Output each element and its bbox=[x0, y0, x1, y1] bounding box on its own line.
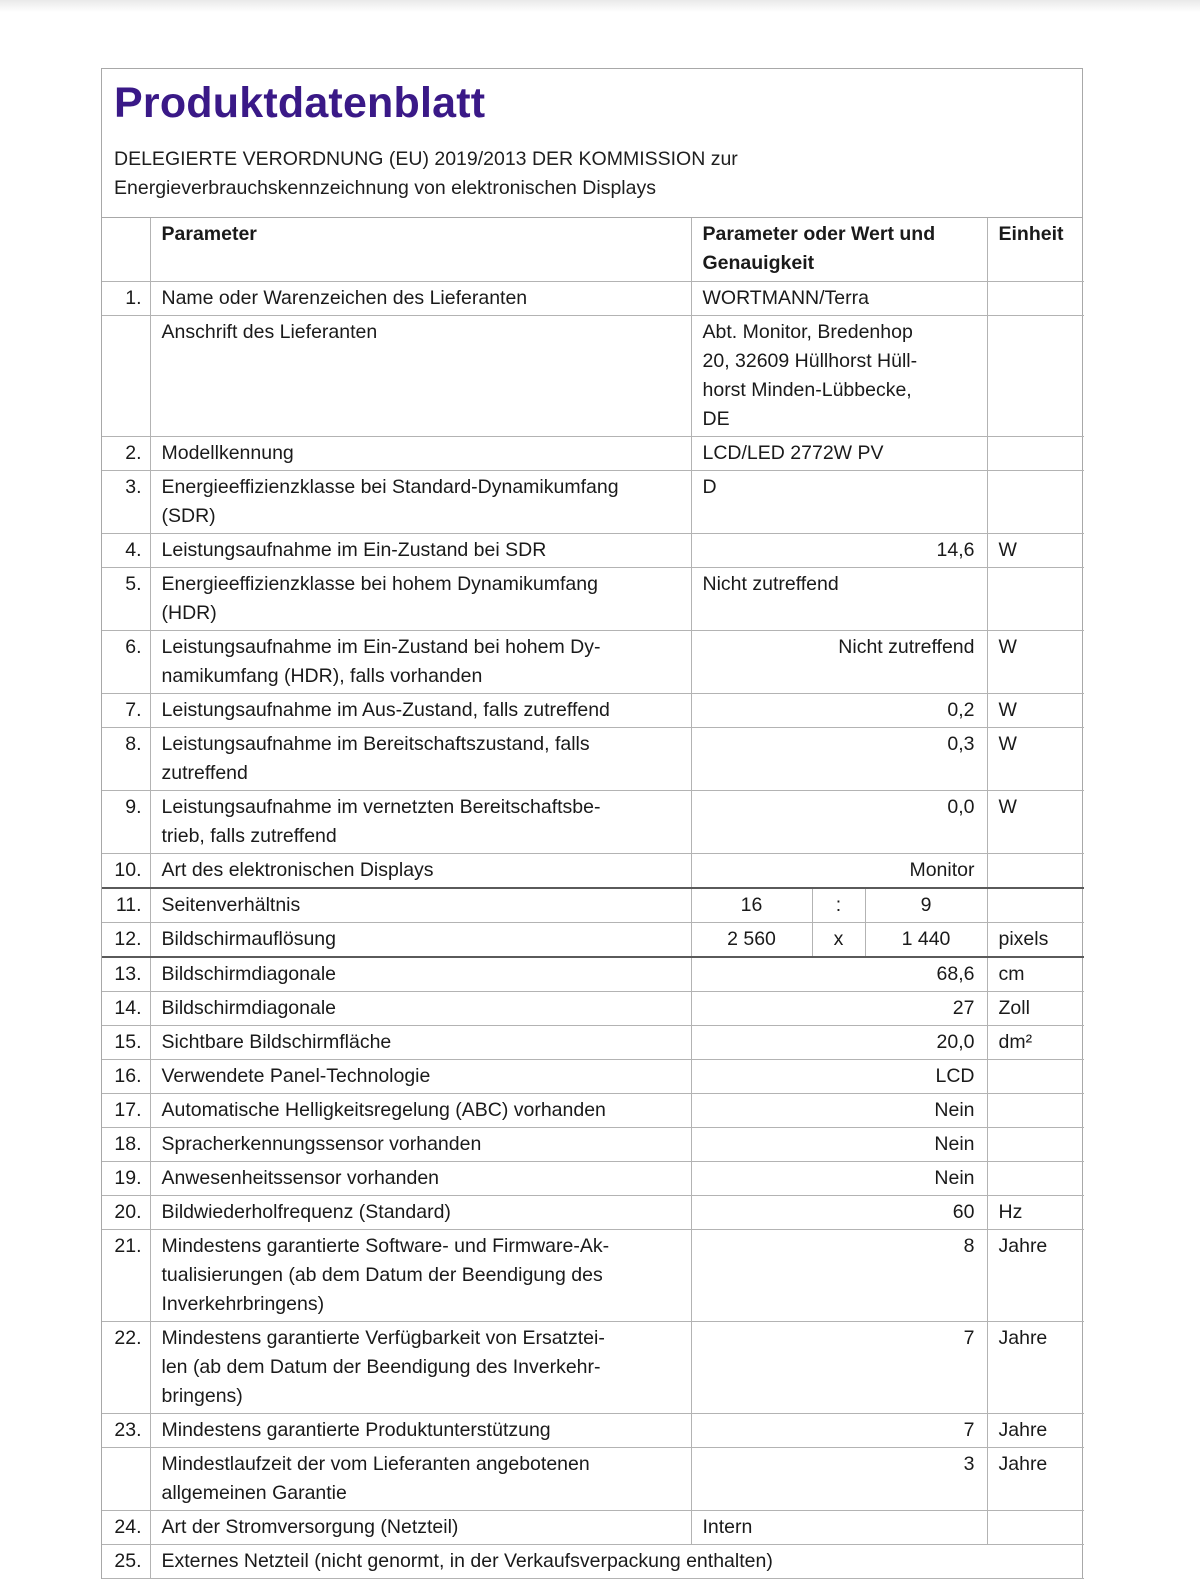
table-row: 6.Leistungsaufnahme im Ein-Zustand bei h… bbox=[102, 631, 1084, 694]
row-number bbox=[102, 1448, 150, 1511]
row-number: 6. bbox=[102, 631, 150, 694]
row-number: 16. bbox=[102, 1060, 150, 1094]
parameter-line: Mindestlaufzeit der vom Lieferanten ange… bbox=[162, 1450, 681, 1479]
row-value: 27 bbox=[691, 992, 987, 1026]
row-parameter: Seitenverhältnis bbox=[150, 888, 691, 923]
row-number: 17. bbox=[102, 1094, 150, 1128]
table-row: 14.Bildschirmdiagonale27Zoll bbox=[102, 992, 1084, 1026]
row-value: WORTMANN/Terra bbox=[691, 282, 987, 316]
row-value: Nicht zutreffend bbox=[691, 631, 987, 694]
table-row: 22.Mindestens garantierte Verfügbarkeit … bbox=[102, 1322, 1084, 1414]
row-value: 0,0 bbox=[691, 791, 987, 854]
row-number: 8. bbox=[102, 728, 150, 791]
table-row: 4.Leistungsaufnahme im Ein-Zustand bei S… bbox=[102, 534, 1084, 568]
row-value: 0,2 bbox=[691, 694, 987, 728]
row-parameter: Bildschirmdiagonale bbox=[150, 957, 691, 992]
row-parameter: Spracherkennungssensor vorhanden bbox=[150, 1128, 691, 1162]
row-parameter: Modellkennung bbox=[150, 437, 691, 471]
row-value: 60 bbox=[691, 1196, 987, 1230]
parameter-line: namikumfang (HDR), falls vorhanden bbox=[162, 662, 681, 691]
value-second: 1 440 bbox=[865, 923, 987, 958]
row-number: 22. bbox=[102, 1322, 150, 1414]
row-unit: pixels bbox=[987, 923, 1084, 958]
table-row: 23.Mindestens garantierte Produktunterst… bbox=[102, 1414, 1084, 1448]
parameter-line: Energieeffizienzklasse bei hohem Dynamik… bbox=[162, 570, 681, 599]
page-top-shadow bbox=[0, 0, 1200, 12]
row-parameter: Leistungsaufnahme im Aus-Zustand, falls … bbox=[150, 694, 691, 728]
row-unit bbox=[987, 437, 1084, 471]
table-header-row: Parameter Parameter oder Wert und Genaui… bbox=[102, 218, 1084, 282]
parameter-line: Leistungsaufnahme im vernetzten Bereitsc… bbox=[162, 793, 681, 822]
table-row: 11.Seitenverhältnis16:9 bbox=[102, 888, 1084, 923]
row-value: 14,6 bbox=[691, 534, 987, 568]
row-parameter: Leistungsaufnahme im Bereitschaftszustan… bbox=[150, 728, 691, 791]
value-first: 2 560 bbox=[691, 923, 812, 958]
row-value: 3 bbox=[691, 1448, 987, 1511]
value-line: horst Minden-Lübbecke, bbox=[703, 376, 977, 405]
header-parameter: Parameter bbox=[150, 218, 691, 282]
row-number: 7. bbox=[102, 694, 150, 728]
row-unit bbox=[987, 1060, 1084, 1094]
parameter-line: len (ab dem Datum der Beendigung des Inv… bbox=[162, 1353, 681, 1382]
row-parameter: Name oder Warenzeichen des Lieferanten bbox=[150, 282, 691, 316]
row-parameter: Art der Stromversorgung (Netzteil) bbox=[150, 1511, 691, 1545]
row-number: 25. bbox=[102, 1545, 150, 1579]
row-parameter: Energieeffizienzklasse bei hohem Dynamik… bbox=[150, 568, 691, 631]
header-value-line: Genauigkeit bbox=[703, 249, 977, 278]
row-unit: W bbox=[987, 534, 1084, 568]
table-row: 17.Automatische Helligkeitsregelung (ABC… bbox=[102, 1094, 1084, 1128]
row-number: 1. bbox=[102, 282, 150, 316]
row-value: 68,6 bbox=[691, 957, 987, 992]
row-parameter: Automatische Helligkeitsregelung (ABC) v… bbox=[150, 1094, 691, 1128]
row-number: 24. bbox=[102, 1511, 150, 1545]
row-value: 7 bbox=[691, 1414, 987, 1448]
row-value: 0,3 bbox=[691, 728, 987, 791]
row-number: 10. bbox=[102, 854, 150, 889]
parameter-line: tualisierungen (ab dem Datum der Beendig… bbox=[162, 1261, 681, 1290]
row-number: 11. bbox=[102, 888, 150, 923]
row-number: 21. bbox=[102, 1230, 150, 1322]
row-value: Abt. Monitor, Bredenhop20, 32609 Hüllhor… bbox=[691, 316, 987, 437]
row-value: LCD/LED 2772W PV bbox=[691, 437, 987, 471]
row-unit: W bbox=[987, 694, 1084, 728]
header-value-line: Parameter oder Wert und bbox=[703, 220, 977, 249]
row-number: 13. bbox=[102, 957, 150, 992]
subtitle-line: Energieverbrauchskennzeichnung von elekt… bbox=[114, 174, 1070, 203]
row-parameter: Verwendete Panel-Technologie bbox=[150, 1060, 691, 1094]
row-unit: W bbox=[987, 631, 1084, 694]
row-unit bbox=[987, 888, 1084, 923]
table-row: 7.Leistungsaufnahme im Aus-Zustand, fall… bbox=[102, 694, 1084, 728]
table-row: Mindestlaufzeit der vom Lieferanten ange… bbox=[102, 1448, 1084, 1511]
table-row: 2.ModellkennungLCD/LED 2772W PV bbox=[102, 437, 1084, 471]
table-row: 10.Art des elektronischen DisplaysMonito… bbox=[102, 854, 1084, 889]
parameter-line: bringens) bbox=[162, 1382, 681, 1411]
row-number: 18. bbox=[102, 1128, 150, 1162]
table-row: 3.Energieeffizienzklasse bei Standard-Dy… bbox=[102, 471, 1084, 534]
value-line: 20, 32609 Hüllhorst Hüll- bbox=[703, 347, 977, 376]
row-unit: Jahre bbox=[987, 1448, 1084, 1511]
row-number: 4. bbox=[102, 534, 150, 568]
parameter-line: Energieeffizienzklasse bei Standard-Dyna… bbox=[162, 473, 681, 502]
table-row: 12.Bildschirmauflösung2 560x1 440pixels bbox=[102, 923, 1084, 958]
row-parameter: Mindestens garantierte Verfügbarkeit von… bbox=[150, 1322, 691, 1414]
value-first: 16 bbox=[691, 888, 812, 923]
row-number: 12. bbox=[102, 923, 150, 958]
row-parameter: Energieeffizienzklasse bei Standard-Dyna… bbox=[150, 471, 691, 534]
row-unit: dm² bbox=[987, 1026, 1084, 1060]
parameter-line: zutreffend bbox=[162, 759, 681, 788]
parameter-table: Parameter Parameter oder Wert und Genaui… bbox=[102, 218, 1084, 1579]
row-unit: Jahre bbox=[987, 1414, 1084, 1448]
header-number bbox=[102, 218, 150, 282]
parameter-line: Leistungsaufnahme im Ein-Zustand bei hoh… bbox=[162, 633, 681, 662]
subtitle-line: DELEGIERTE VERORDNUNG (EU) 2019/2013 DER… bbox=[114, 145, 1070, 174]
table-row: 5.Energieeffizienzklasse bei hohem Dynam… bbox=[102, 568, 1084, 631]
value-line: DE bbox=[703, 405, 977, 434]
row-value: Nein bbox=[691, 1128, 987, 1162]
row-value: Nein bbox=[691, 1162, 987, 1196]
value-line: Abt. Monitor, Bredenhop bbox=[703, 318, 977, 347]
row-unit: cm bbox=[987, 957, 1084, 992]
row-number bbox=[102, 316, 150, 437]
row-parameter: Bildschirmdiagonale bbox=[150, 992, 691, 1026]
row-value: Intern bbox=[691, 1511, 987, 1545]
row-value: 7 bbox=[691, 1322, 987, 1414]
product-data-sheet: Produktdatenblatt DELEGIERTE VERORDNUNG … bbox=[101, 68, 1083, 1579]
row-unit bbox=[987, 1094, 1084, 1128]
table-row: 20.Bildwiederholfrequenz (Standard)60Hz bbox=[102, 1196, 1084, 1230]
table-row: 19.Anwesenheitssensor vorhandenNein bbox=[102, 1162, 1084, 1196]
row-value: 20,0 bbox=[691, 1026, 987, 1060]
row-parameter: Leistungsaufnahme im Ein-Zustand bei hoh… bbox=[150, 631, 691, 694]
row-unit bbox=[987, 316, 1084, 437]
table-row: 8.Leistungsaufnahme im Bereitschaftszust… bbox=[102, 728, 1084, 791]
row-unit: Hz bbox=[987, 1196, 1084, 1230]
row-unit bbox=[987, 568, 1084, 631]
table-row: 21.Mindestens garantierte Software- und … bbox=[102, 1230, 1084, 1322]
row-unit bbox=[987, 471, 1084, 534]
row-parameter: Bildwiederholfrequenz (Standard) bbox=[150, 1196, 691, 1230]
table-row: 16.Verwendete Panel-TechnologieLCD bbox=[102, 1060, 1084, 1094]
row-parameter: Mindestens garantierte Produktunterstütz… bbox=[150, 1414, 691, 1448]
row-unit: W bbox=[987, 791, 1084, 854]
row-number: 20. bbox=[102, 1196, 150, 1230]
parameter-line: (SDR) bbox=[162, 502, 681, 531]
table-row: 9.Leistungsaufnahme im vernetzten Bereit… bbox=[102, 791, 1084, 854]
row-number: 2. bbox=[102, 437, 150, 471]
row-number: 23. bbox=[102, 1414, 150, 1448]
parameter-line: Mindestens garantierte Software- und Fir… bbox=[162, 1232, 681, 1261]
header-unit: Einheit bbox=[987, 218, 1084, 282]
row-value: LCD bbox=[691, 1060, 987, 1094]
row-parameter: Sichtbare Bildschirmfläche bbox=[150, 1026, 691, 1060]
row-value: Nein bbox=[691, 1094, 987, 1128]
row-unit: W bbox=[987, 728, 1084, 791]
header-value: Parameter oder Wert und Genauigkeit bbox=[691, 218, 987, 282]
parameter-line: (HDR) bbox=[162, 599, 681, 628]
row-value: 8 bbox=[691, 1230, 987, 1322]
row-number: 9. bbox=[102, 791, 150, 854]
table-row: 13.Bildschirmdiagonale68,6cm bbox=[102, 957, 1084, 992]
table-row: 24.Art der Stromversorgung (Netzteil)Int… bbox=[102, 1511, 1084, 1545]
row-number: 3. bbox=[102, 471, 150, 534]
value-separator: : bbox=[812, 888, 865, 923]
row-value: Nicht zutreffend bbox=[691, 568, 987, 631]
parameter-line: allgemeinen Garantie bbox=[162, 1479, 681, 1508]
value-second: 9 bbox=[865, 888, 987, 923]
row-number: 15. bbox=[102, 1026, 150, 1060]
row-number: 5. bbox=[102, 568, 150, 631]
row-parameter: Anwesenheitssensor vorhanden bbox=[150, 1162, 691, 1196]
page-title: Produktdatenblatt bbox=[114, 75, 1070, 131]
row-parameter: Leistungsaufnahme im Ein-Zustand bei SDR bbox=[150, 534, 691, 568]
row-unit bbox=[987, 1162, 1084, 1196]
row-parameter: Art des elektronischen Displays bbox=[150, 854, 691, 889]
value-separator: x bbox=[812, 923, 865, 958]
row-number: 19. bbox=[102, 1162, 150, 1196]
table-row: 18.Spracherkennungssensor vorhandenNein bbox=[102, 1128, 1084, 1162]
row-value: D bbox=[691, 471, 987, 534]
row-unit bbox=[987, 282, 1084, 316]
row-parameter: Anschrift des Lieferanten bbox=[150, 316, 691, 437]
row-unit bbox=[987, 854, 1084, 889]
row-unit: Zoll bbox=[987, 992, 1084, 1026]
row-unit bbox=[987, 1128, 1084, 1162]
row-unit: Jahre bbox=[987, 1322, 1084, 1414]
table-row: 15.Sichtbare Bildschirmfläche20,0dm² bbox=[102, 1026, 1084, 1060]
parameter-line: trieb, falls zutreffend bbox=[162, 822, 681, 851]
sheet-header: Produktdatenblatt DELEGIERTE VERORDNUNG … bbox=[102, 69, 1082, 218]
table-body: 1.Name oder Warenzeichen des Lieferanten… bbox=[102, 282, 1084, 1579]
row-value: Monitor bbox=[691, 854, 987, 889]
row-parameter: Bildschirmauflösung bbox=[150, 923, 691, 958]
table-row: Anschrift des LieferantenAbt. Monitor, B… bbox=[102, 316, 1084, 437]
row-number: 14. bbox=[102, 992, 150, 1026]
table-row: 25.Externes Netzteil (nicht genormt, in … bbox=[102, 1545, 1084, 1579]
parameter-line: Mindestens garantierte Verfügbarkeit von… bbox=[162, 1324, 681, 1353]
row-parameter: Mindestens garantierte Software- und Fir… bbox=[150, 1230, 691, 1322]
table-row: 1.Name oder Warenzeichen des Lieferanten… bbox=[102, 282, 1084, 316]
parameter-line: Leistungsaufnahme im Bereitschaftszustan… bbox=[162, 730, 681, 759]
row-unit: Jahre bbox=[987, 1230, 1084, 1322]
row-parameter: Externes Netzteil (nicht genormt, in der… bbox=[150, 1545, 1084, 1579]
row-unit bbox=[987, 1511, 1084, 1545]
row-parameter: Mindestlaufzeit der vom Lieferanten ange… bbox=[150, 1448, 691, 1511]
parameter-line: Inverkehrbringens) bbox=[162, 1290, 681, 1319]
regulation-subtitle: DELEGIERTE VERORDNUNG (EU) 2019/2013 DER… bbox=[114, 145, 1070, 203]
row-parameter: Leistungsaufnahme im vernetzten Bereitsc… bbox=[150, 791, 691, 854]
